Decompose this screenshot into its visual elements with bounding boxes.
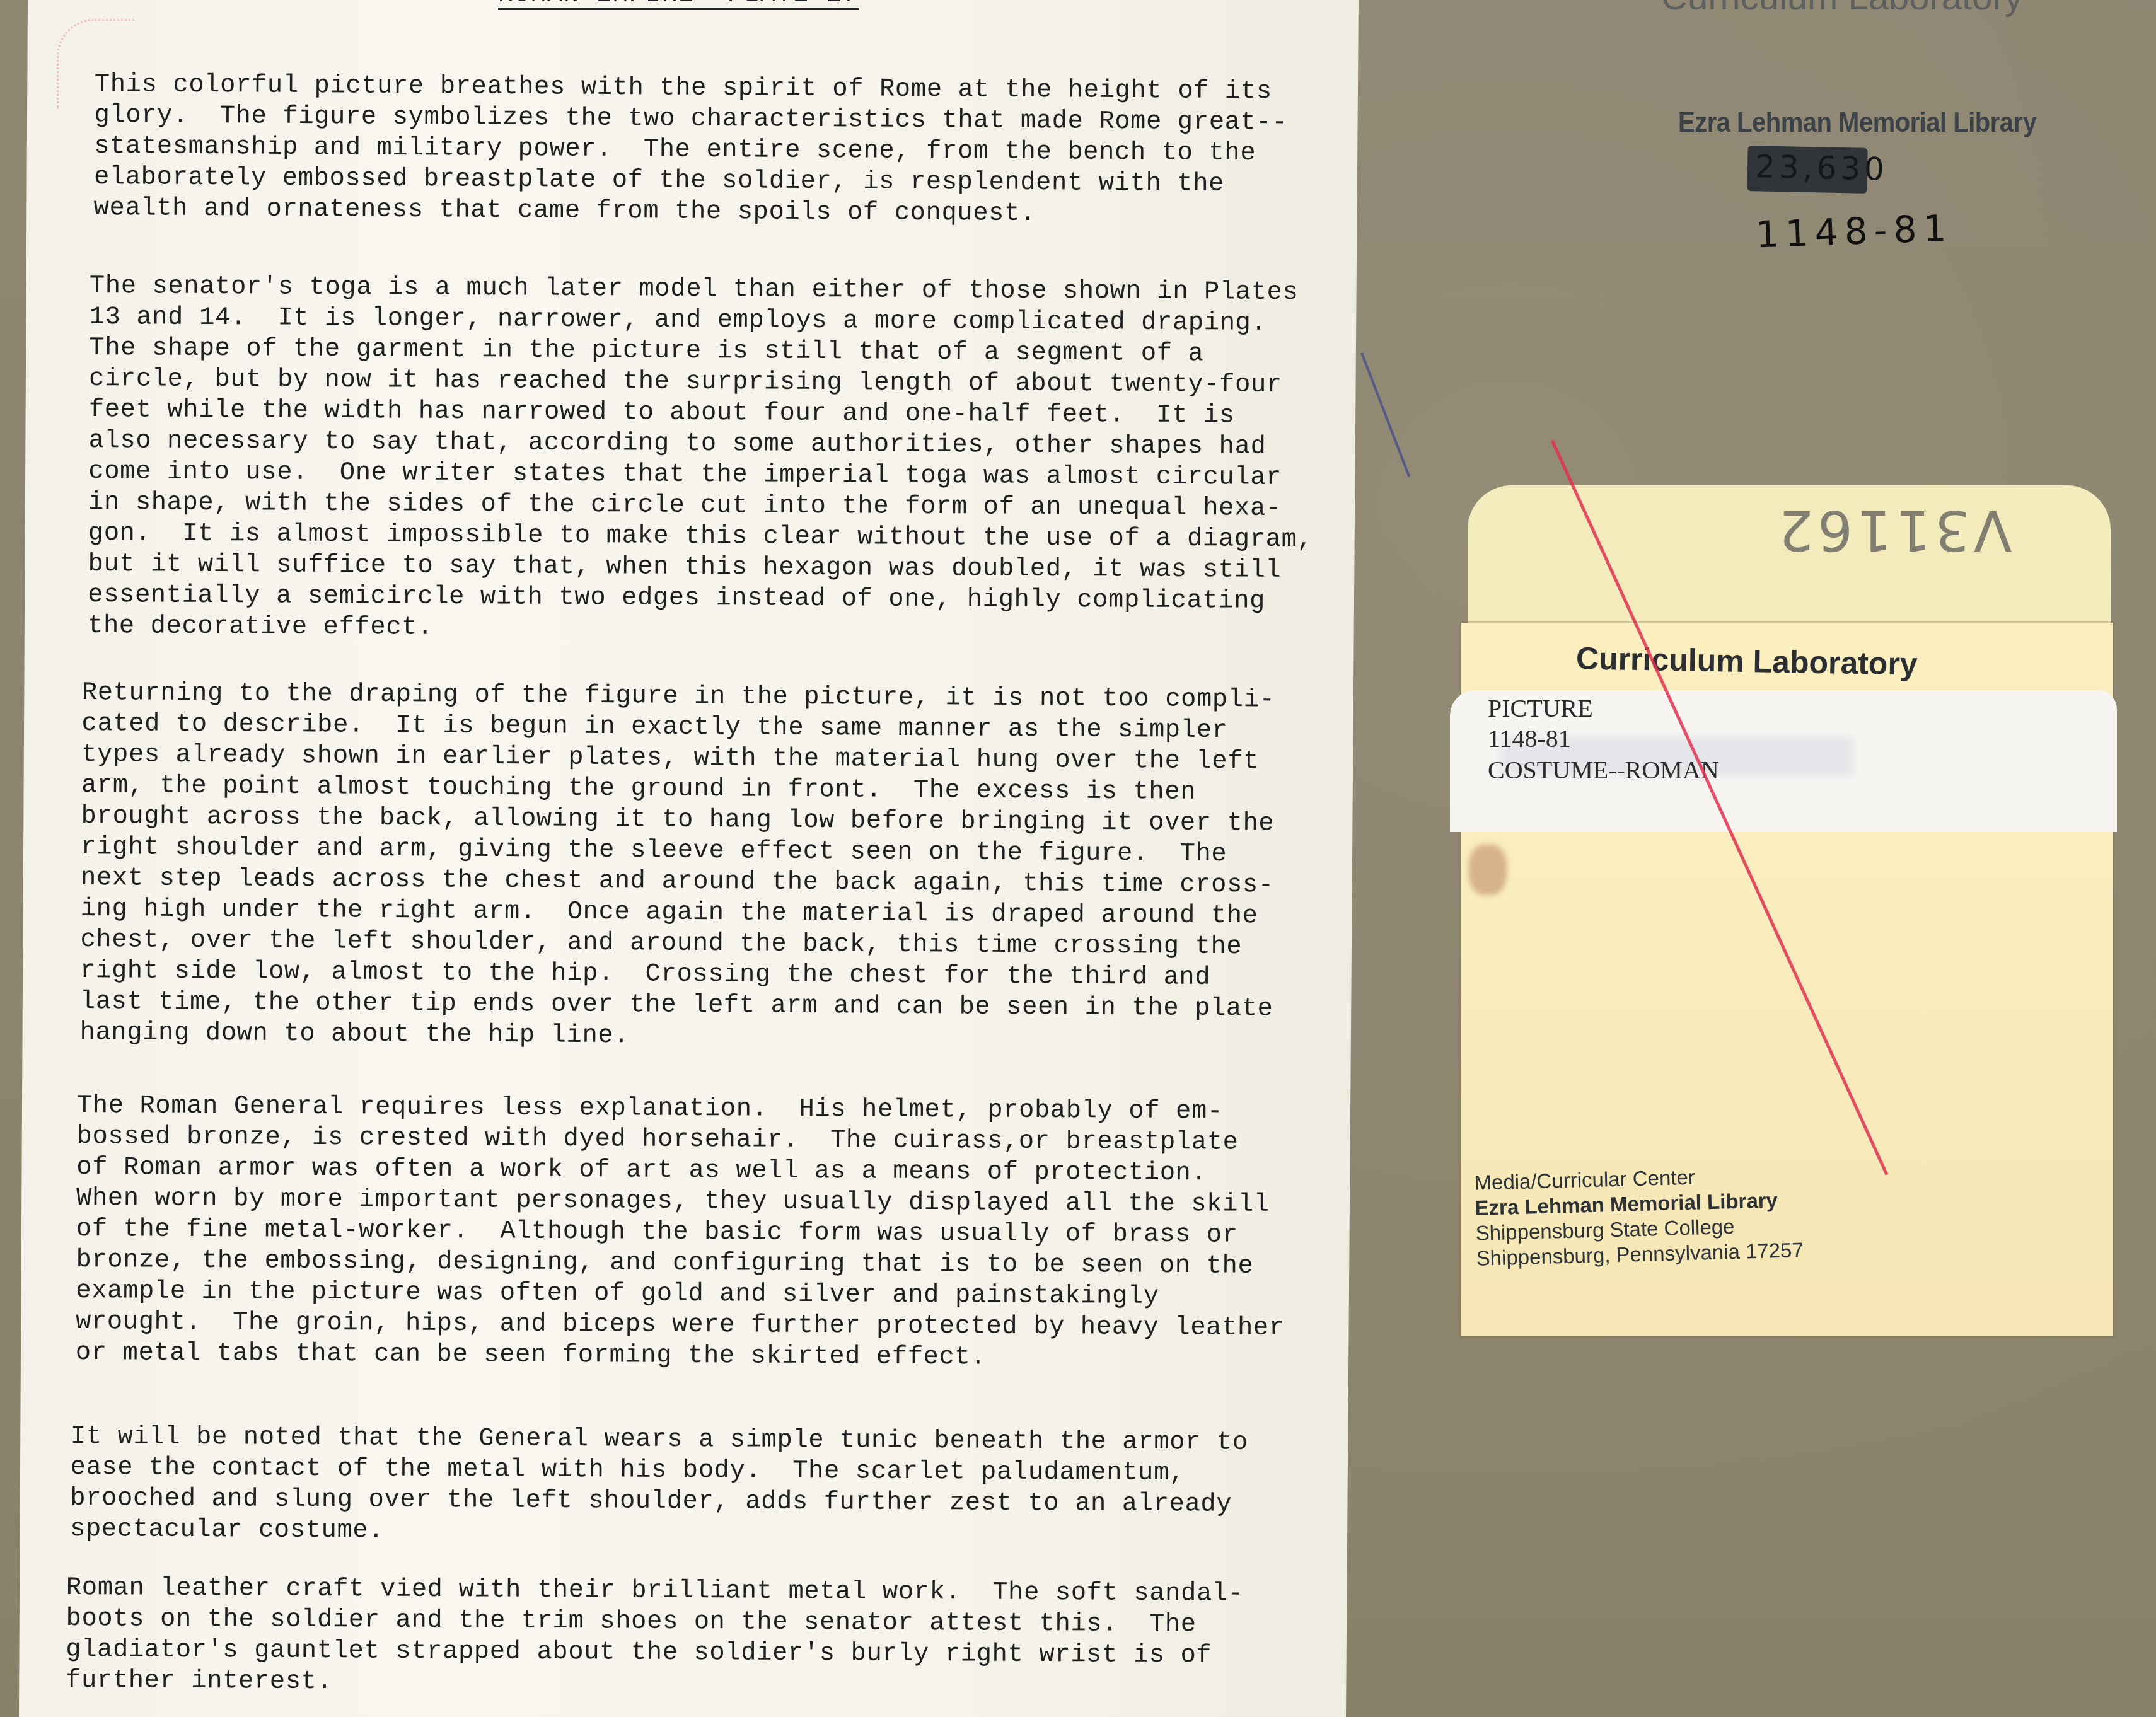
pocket-stamp: Curriculum Laboratory [1576, 640, 1918, 682]
sheet-title: ROMAN EMPIRE--PLATE 17 [498, 0, 859, 9]
paragraph-leather-craft: Roman leather craft vied with their bril… [66, 1573, 1244, 1703]
curriculum-lab-stamp-top: Curriculum Laboratory [1661, 0, 2023, 18]
library-address-stamp: Media/Curricular Center Ezra Lehman Memo… [1474, 1162, 1804, 1271]
stain-mark [1469, 845, 1507, 895]
label-subject: COSTUME--ROMAN [1488, 755, 1719, 785]
label-call-number: 1148-81 [1488, 724, 1571, 753]
typed-sheet: ROMAN EMPIRE--PLATE 17 This colorful pic… [19, 0, 1359, 1717]
accession-number-blackout: 23,630 [1747, 146, 1867, 194]
paragraph-tunic: It will be noted that the General wears … [70, 1421, 1248, 1551]
paragraph-roman-general: The Roman General requires less explanat… [76, 1090, 1286, 1375]
accession-number: 23,630 [1754, 148, 1888, 187]
paragraph-intro: This colorful picture breathes with the … [94, 69, 1288, 231]
label-type: PICTURE [1488, 693, 1593, 723]
handwritten-call-number: 1148-81 [1755, 207, 1954, 257]
paragraph-senator-toga: The senator's toga is a much later model… [88, 271, 1314, 648]
paragraph-draping: Returning to the draping of the figure i… [79, 678, 1275, 1056]
card-handwriting: V31162 [1775, 498, 2012, 563]
library-stamp: Ezra Lehman Memorial Library [1678, 107, 2036, 138]
